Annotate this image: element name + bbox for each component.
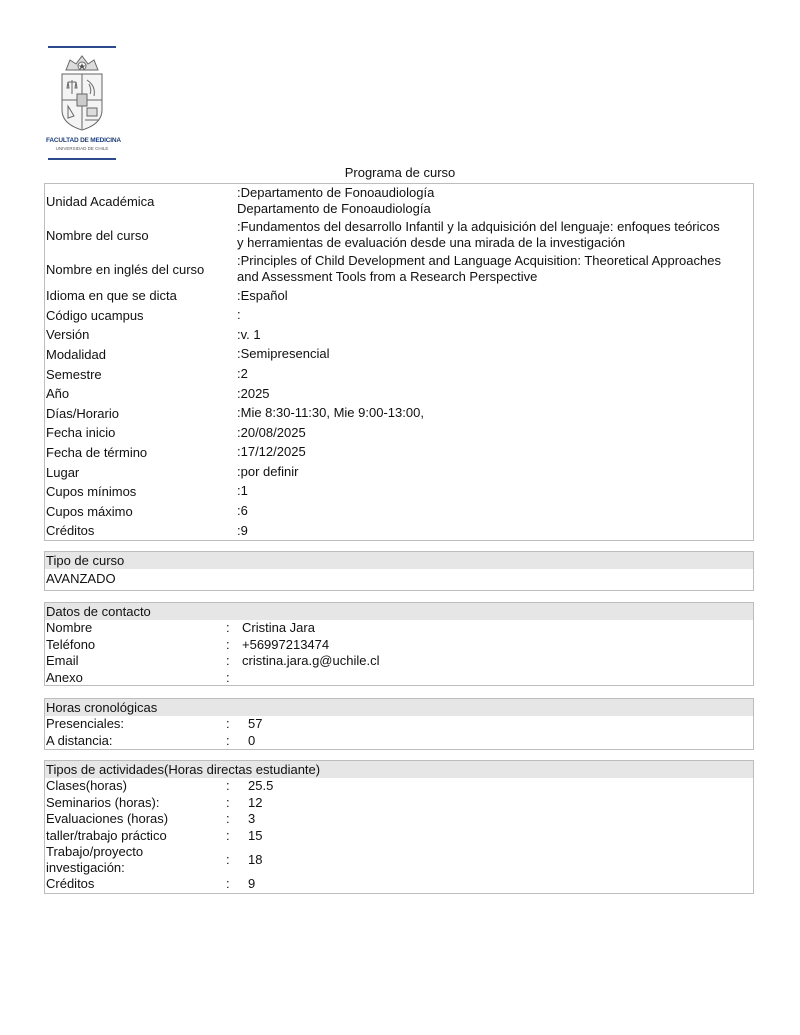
kv-value: 15 bbox=[248, 828, 753, 845]
kv-value: 9 bbox=[248, 876, 753, 893]
kv-label: Teléfono bbox=[46, 637, 226, 654]
kv-label: taller/trabajo práctico bbox=[46, 828, 226, 845]
kv-separator: : bbox=[226, 778, 248, 795]
kv-value: 18 bbox=[248, 844, 753, 876]
kv-separator: : bbox=[226, 653, 242, 670]
contact-row-anexo: Anexo: bbox=[46, 670, 753, 687]
info-value: :Mie 8:30-11:30, Mie 9:00-13:00, bbox=[237, 405, 753, 422]
kv-separator: : bbox=[226, 844, 248, 876]
info-row: Versión:v. 1 bbox=[45, 325, 753, 345]
info-value: :1 bbox=[237, 483, 753, 500]
email-value: cristina.jara.g@uchile.cl bbox=[242, 653, 753, 670]
section-header: Tipos de actividades(Horas directas estu… bbox=[45, 761, 753, 778]
info-row: Cupos máximo:6 bbox=[45, 502, 753, 522]
info-label: Créditos bbox=[45, 523, 237, 538]
kv-label: Nombre bbox=[46, 620, 226, 637]
logo-top-bar bbox=[48, 46, 116, 48]
activity-row: Seminarios (horas)::12 bbox=[46, 795, 753, 812]
info-row: Código ucampus: bbox=[45, 306, 753, 326]
kv-label: Anexo bbox=[46, 670, 226, 687]
section-header: Datos de contacto bbox=[45, 603, 753, 620]
kv-label: Seminarios (horas): bbox=[46, 795, 226, 812]
info-value: :Principles of Child Development and Lan… bbox=[237, 253, 753, 286]
activity-row: taller/trabajo práctico:15 bbox=[46, 828, 753, 845]
info-label: Nombre en inglés del curso bbox=[45, 262, 237, 277]
info-value: :9 bbox=[237, 523, 753, 540]
info-label: Cupos mínimos bbox=[45, 484, 237, 499]
course-type-section: Tipo de curso AVANZADO bbox=[44, 551, 754, 591]
kv-label: Email bbox=[46, 653, 226, 670]
contact-row-email: Email:cristina.jara.g@uchile.cl bbox=[46, 653, 753, 670]
info-row: Fecha inicio:20/08/2025 bbox=[45, 423, 753, 443]
contact-row-phone: Teléfono:+56997213474 bbox=[46, 637, 753, 654]
contact-row-name: Nombre:Cristina Jara bbox=[46, 620, 753, 637]
kv-separator: : bbox=[226, 733, 248, 750]
kv-label: Presenciales: bbox=[46, 716, 226, 733]
kv-separator: : bbox=[226, 811, 248, 828]
info-value: :Semipresencial bbox=[237, 346, 753, 363]
info-row: Idioma en que se dicta:Español bbox=[45, 286, 753, 306]
info-value-line: and Assessment Tools from a Research Per… bbox=[237, 269, 753, 286]
kv-label: A distancia: bbox=[46, 733, 226, 750]
activity-row: Trabajo/proyecto investigación: : 18 bbox=[46, 844, 753, 876]
activity-row: Clases(horas):25.5 bbox=[46, 778, 753, 795]
info-value: :Departamento de Fonoaudiología Departam… bbox=[237, 185, 753, 218]
info-label: Modalidad bbox=[45, 347, 237, 362]
info-value-line: y herramientas de evaluación desde una m… bbox=[237, 235, 753, 252]
info-label: Idioma en que se dicta bbox=[45, 288, 237, 303]
info-value: :Fundamentos del desarrollo Infantil y l… bbox=[237, 219, 753, 252]
course-type-value: AVANZADO bbox=[45, 569, 753, 589]
kv-value: Cristina Jara bbox=[242, 620, 753, 637]
document-title: Programa de curso bbox=[0, 165, 800, 180]
info-label: Días/Horario bbox=[45, 406, 237, 421]
activity-row: Créditos:9 bbox=[46, 876, 753, 893]
info-value-line: Departamento de Fonoaudiología bbox=[237, 201, 753, 218]
activities-body: Clases(horas):25.5 Seminarios (horas)::1… bbox=[45, 778, 753, 893]
info-label: Año bbox=[45, 386, 237, 401]
kv-label: Trabajo/proyecto investigación: bbox=[46, 844, 226, 876]
kv-value: 12 bbox=[248, 795, 753, 812]
logo-faculty-text: FACULTAD DE MEDICINA bbox=[46, 137, 118, 144]
info-label: Nombre del curso bbox=[45, 228, 237, 243]
info-row: Modalidad:Semipresencial bbox=[45, 345, 753, 365]
info-row-nombre: Nombre del curso :Fundamentos del desarr… bbox=[45, 218, 753, 252]
info-value: :17/12/2025 bbox=[237, 444, 753, 461]
info-row: Lugar:por definir bbox=[45, 462, 753, 482]
kv-separator: : bbox=[226, 795, 248, 812]
info-label: Cupos máximo bbox=[45, 504, 237, 519]
info-row: Créditos:9 bbox=[45, 521, 753, 541]
kv-separator: : bbox=[226, 637, 242, 654]
contact-section: Datos de contacto Nombre:Cristina Jara T… bbox=[44, 602, 754, 686]
kv-label-line: investigación: bbox=[46, 860, 226, 876]
info-label: Versión bbox=[45, 327, 237, 342]
section-header: Horas cronológicas bbox=[45, 699, 753, 716]
info-value-line: :Principles of Child Development and Lan… bbox=[237, 253, 753, 270]
hours-row: Presenciales::57 bbox=[46, 716, 753, 733]
kv-separator: : bbox=[226, 670, 242, 687]
kv-label-line: Trabajo/proyecto bbox=[46, 844, 226, 860]
kv-label: Créditos bbox=[46, 876, 226, 893]
info-value: :20/08/2025 bbox=[237, 425, 753, 442]
info-row: Año:2025 bbox=[45, 384, 753, 404]
kv-separator: : bbox=[226, 828, 248, 845]
info-label: Unidad Académica bbox=[45, 194, 237, 209]
kv-value: 25.5 bbox=[248, 778, 753, 795]
kv-separator: : bbox=[226, 620, 242, 637]
info-value: :v. 1 bbox=[237, 327, 753, 344]
kv-separator: : bbox=[226, 716, 248, 733]
faculty-logo: FACULTAD DE MEDICINA UNIVERSIDAD DE CHIL… bbox=[46, 44, 118, 162]
kv-value: +56997213474 bbox=[242, 637, 753, 654]
info-row: Semestre:2 bbox=[45, 364, 753, 384]
info-label: Lugar bbox=[45, 465, 237, 480]
kv-label: Evaluaciones (horas) bbox=[46, 811, 226, 828]
info-value: :6 bbox=[237, 503, 753, 520]
info-value-line: :Departamento de Fonoaudiología bbox=[237, 185, 753, 202]
info-value: :2025 bbox=[237, 386, 753, 403]
info-value: :por definir bbox=[237, 464, 753, 481]
info-row-nombre-ingles: Nombre en inglés del curso :Principles o… bbox=[45, 252, 753, 286]
logo-university-text: UNIVERSIDAD DE CHILE bbox=[46, 146, 118, 151]
info-row: Cupos mínimos:1 bbox=[45, 482, 753, 502]
section-header: Tipo de curso bbox=[45, 552, 753, 569]
hours-row: A distancia::0 bbox=[46, 733, 753, 750]
kv-label: Clases(horas) bbox=[46, 778, 226, 795]
kv-value: 0 bbox=[248, 733, 753, 750]
kv-value bbox=[242, 670, 753, 687]
kv-value: 3 bbox=[248, 811, 753, 828]
kv-separator: : bbox=[226, 876, 248, 893]
contact-body: Nombre:Cristina Jara Teléfono:+569972134… bbox=[45, 620, 753, 686]
info-label: Fecha inicio bbox=[45, 425, 237, 440]
course-info-table: Unidad Académica :Departamento de Fonoau… bbox=[44, 183, 754, 541]
activities-section: Tipos de actividades(Horas directas estu… bbox=[44, 760, 754, 894]
info-label: Fecha de término bbox=[45, 445, 237, 460]
info-value: :2 bbox=[237, 366, 753, 383]
info-value: :Español bbox=[237, 288, 753, 305]
info-row: Fecha de término:17/12/2025 bbox=[45, 443, 753, 463]
info-label: Semestre bbox=[45, 367, 237, 382]
hours-section: Horas cronológicas Presenciales::57 A di… bbox=[44, 698, 754, 750]
coat-of-arms-icon bbox=[56, 52, 108, 134]
logo-bottom-bar bbox=[48, 158, 116, 160]
info-row: Días/Horario:Mie 8:30-11:30, Mie 9:00-13… bbox=[45, 404, 753, 424]
info-value: : bbox=[237, 307, 753, 324]
info-row-unidad: Unidad Académica :Departamento de Fonoau… bbox=[45, 184, 753, 218]
info-label: Código ucampus bbox=[45, 308, 237, 323]
kv-value: 57 bbox=[248, 716, 753, 733]
activity-row: Evaluaciones (horas):3 bbox=[46, 811, 753, 828]
hours-body: Presenciales::57 A distancia::0 bbox=[45, 716, 753, 749]
info-value-line: :Fundamentos del desarrollo Infantil y l… bbox=[237, 219, 753, 236]
